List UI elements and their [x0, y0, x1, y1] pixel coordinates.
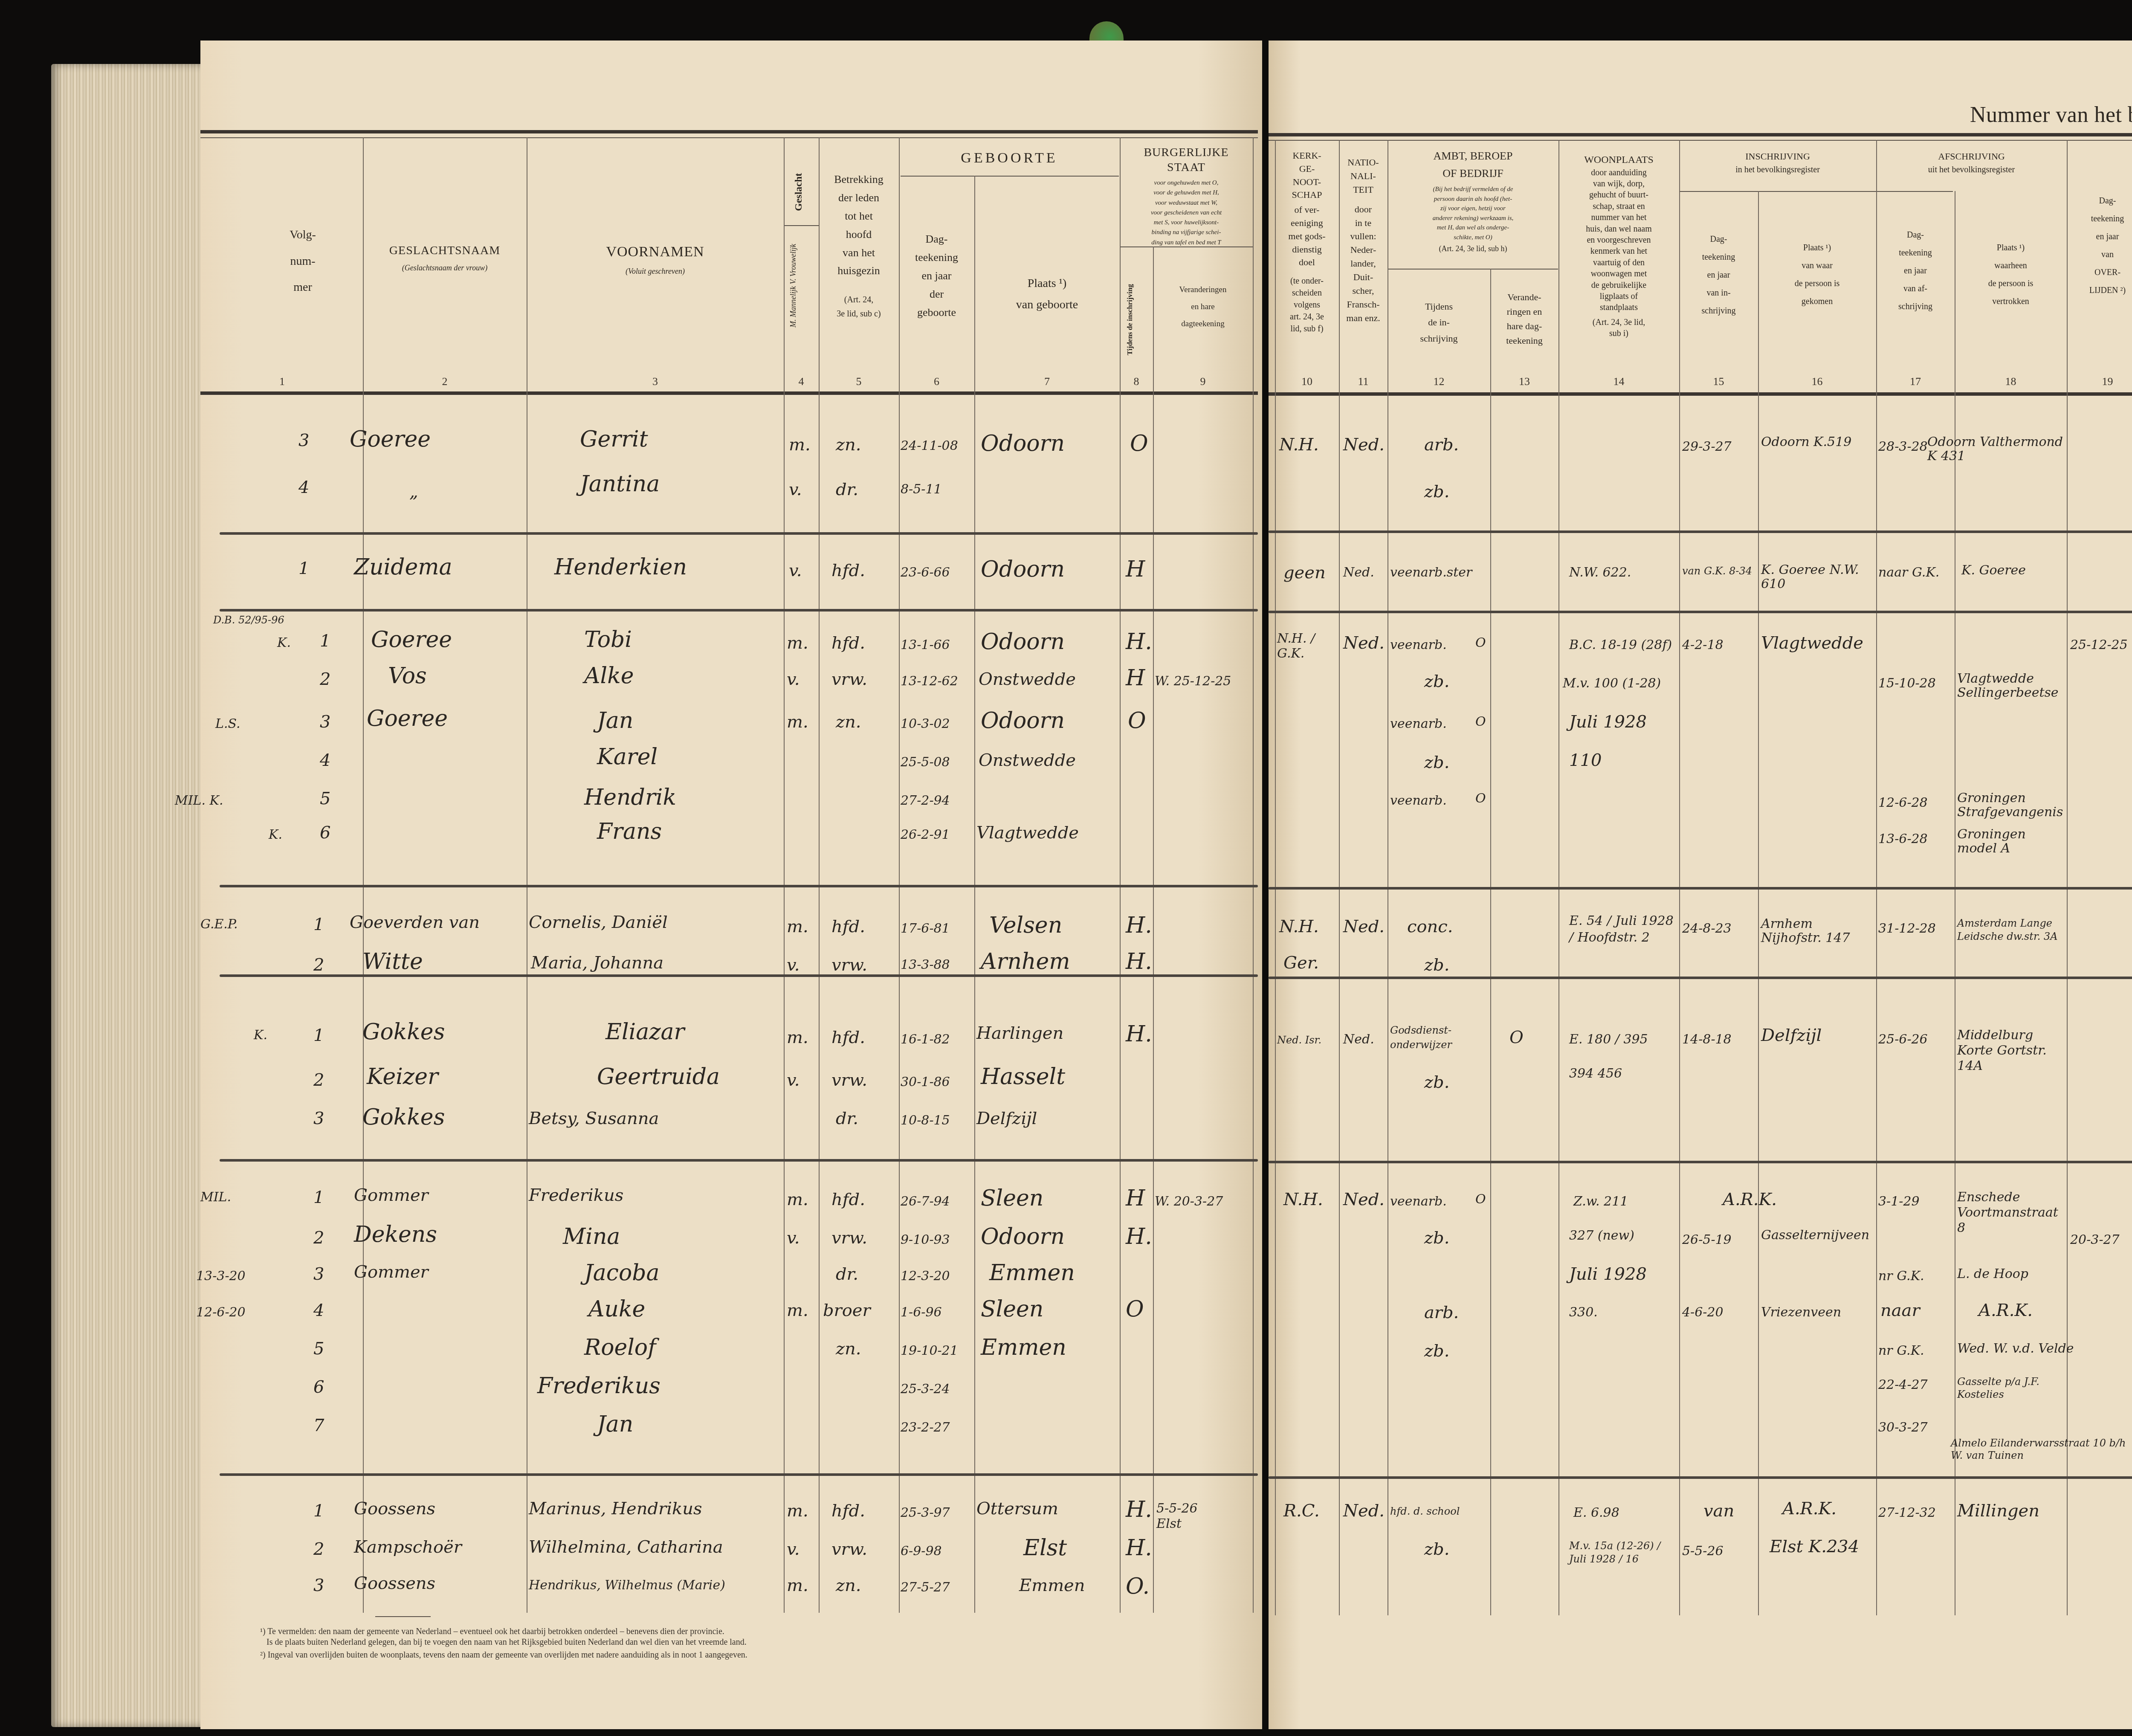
entry-relation: hfd. [831, 1501, 865, 1521]
entry-nr: 2 [313, 955, 324, 975]
geslacht-subrule [784, 225, 819, 226]
colnum-1: 1 [201, 375, 363, 388]
col-divider [1275, 140, 1276, 1615]
entry-in-date: 5-5-26 [1682, 1544, 1724, 1559]
entry-out-date: 12-6-28 [1878, 795, 1928, 810]
col-divider [1120, 137, 1121, 1613]
family-divider [1269, 887, 2132, 890]
entry-nationality: Ned. [1343, 1032, 1374, 1047]
entry-nationality: Ned. [1343, 435, 1385, 455]
entry-residence: 330. [1569, 1305, 1598, 1320]
entry-birth-date: 13-3-88 [901, 957, 950, 972]
entry-occupation-change: O [1475, 635, 1486, 650]
col-divider [1876, 140, 1877, 1615]
entry-relation: vrw. [831, 955, 867, 975]
entry-occupation: zb. [1424, 955, 1449, 975]
entry-surname: Dekens [354, 1222, 437, 1247]
header-bottom-rule-left [200, 391, 1258, 395]
entry-given-name: Geertruida [597, 1064, 720, 1090]
entry-surname: Vos [388, 663, 427, 689]
colnum-15: 15 [1679, 375, 1758, 388]
entry-nationality: Ned. [1343, 565, 1374, 580]
entry-birth-place: Emmen [989, 1260, 1075, 1286]
entry-nr: 6 [313, 1377, 324, 1397]
entry-surname: Goeree [350, 426, 431, 452]
entry-occupation: veenarb.ster [1390, 565, 1472, 580]
entry-nr: 6 [320, 823, 330, 843]
entry-in-place: Arnhem Nijhofstr. 147 [1761, 917, 1876, 945]
entry-civil-status: O [1130, 431, 1148, 456]
entry-given-name: Jacoba [584, 1260, 660, 1286]
colnum-13: 13 [1490, 375, 1558, 388]
entry-in-place: Gasselternijveen [1761, 1228, 1868, 1242]
entry-birth-place: Odoorn [981, 708, 1065, 733]
entry-civil-status: H [1126, 1185, 1145, 1211]
entry-civil-change: W. 20-3-27 [1155, 1194, 1223, 1209]
entry-out-place: Groningen model A [1957, 827, 2068, 855]
colnum-11: 11 [1339, 375, 1388, 388]
family-divider [1269, 611, 2132, 613]
entry-birth-date: 30-1-86 [901, 1075, 950, 1090]
header-col5: Betrekkingder ledentot hethoofdvan hethu… [819, 171, 899, 321]
entry-out-date: naar [1880, 1301, 1920, 1320]
entry-birth-place: Odoorn [981, 629, 1065, 655]
entry-out-place: Odoorn Valthermond K 431 [1927, 435, 2068, 463]
entry-birth-place: Harlingen [976, 1023, 1063, 1043]
col-divider [819, 137, 820, 1613]
header-col4-sub: M. Mannelijk V. Vrouwelijk [789, 239, 798, 333]
entry-out-place: Vlagtwedde Sellingerbeetse [1957, 672, 2068, 700]
family-divider [220, 532, 1258, 535]
colnum-18: 18 [1955, 375, 2067, 388]
header-col4-title: Geslacht [793, 162, 805, 222]
header-top-rule-left [200, 130, 1258, 133]
entry-sex: v. [787, 669, 800, 689]
entry-in-place: K. Goeree N.W. 610 [1761, 563, 1876, 591]
entry-given-name: Betsy, Susanna [529, 1109, 659, 1128]
entry-relation: vrw. [831, 1070, 867, 1090]
entry-relation: hfd. [831, 1028, 865, 1047]
entry-given-name: Jantina [580, 471, 660, 497]
header-col15: Dag-teekeningen jaarvan in-schrijving [1679, 230, 1758, 320]
entry-civil-status: H [1126, 556, 1145, 582]
entry-sex: v. [787, 1070, 800, 1090]
entry-surname: Kampschoër [354, 1537, 462, 1557]
family-divider [220, 609, 1258, 612]
entry-relation: dr. [836, 1109, 858, 1128]
header-col1: Volg-num-mer [260, 222, 345, 301]
entry-birth-place: Onstwedde [979, 669, 1076, 689]
entry-in-place: Vriezenveen [1761, 1305, 1841, 1320]
col-divider [1253, 137, 1254, 1613]
entry-out-date: nr G.K. [1878, 1343, 1924, 1358]
header-col17: Dag-teekeningen jaarvan af-schrijving [1876, 226, 1955, 316]
entry-nr: 5 [313, 1339, 324, 1359]
entry-given-name: Frederikus [529, 1185, 623, 1205]
entry-sex: m. [787, 1028, 808, 1047]
entry-given-name: Hendrikus, Wilhelmus (Marie) [529, 1578, 725, 1593]
entry-church: N.H. / G.K. [1277, 631, 1337, 661]
header-col6: Dag-teekeningen jaardergeboorte [899, 230, 974, 322]
header-col19: Dag-teekeningen jaarvanOVER-LIJDEN ²) [2067, 192, 2132, 299]
entry-surname: Goossens [354, 1574, 435, 1593]
entry-occupation: arb. [1424, 1303, 1459, 1322]
entry-in-date: A.R.K. [1723, 1190, 1777, 1209]
entry-birth-date: 23-6-66 [901, 565, 950, 580]
header-afschrijving: AFSCHRIJVINGuit het bevolkingsregister [1876, 149, 2067, 176]
entry-occupation: Godsdienst-onderwijzer [1390, 1023, 1463, 1052]
entry-surname: „ [409, 482, 418, 501]
entry-nr: 3 [313, 1109, 324, 1128]
entry-relation: broer [823, 1301, 871, 1320]
entry-civil-status: H. [1126, 1535, 1152, 1561]
entry-nr: 5 [320, 789, 330, 809]
entry-out-date: 27-12-32 [1878, 1505, 1936, 1520]
entry-out-date: naar G.K. [1878, 565, 1939, 580]
entry-residence: E. 180 / 395 [1569, 1032, 1648, 1047]
entry-church: R.C. [1283, 1501, 1320, 1521]
header-col8: Tijdens de inschrijving [1126, 277, 1147, 362]
entry-church: N.H. [1283, 1190, 1323, 1209]
entry-relation: hfd. [831, 1190, 865, 1209]
entry-given-name: Hendrik [584, 785, 676, 810]
entry-birth-date: 26-2-91 [901, 827, 950, 842]
entry-birth-date: 23-2-27 [901, 1420, 950, 1435]
header-col10: KERK-GE-NOOT-SCHAP of ver-eenigingmet go… [1275, 149, 1339, 335]
entry-out-place: Millingen [1957, 1501, 2039, 1521]
entry-sex: m. [787, 917, 808, 936]
entry-given-name: Roelof [584, 1335, 656, 1360]
colnum-5: 5 [819, 375, 899, 388]
entry-birth-place: Emmen [981, 1335, 1066, 1360]
entry-given-name: Mina [563, 1224, 620, 1249]
family-divider [220, 1159, 1258, 1162]
col-divider [363, 137, 364, 1613]
entry-birth-place: Onstwedde [979, 751, 1076, 770]
colnum-6: 6 [899, 375, 974, 388]
entry-margin-note: 13-3-20 [196, 1269, 246, 1284]
header-top-thin-left [200, 137, 1258, 138]
entry-sex: m. [787, 712, 808, 732]
entry-occupation: zb. [1424, 672, 1449, 691]
header-col3: VOORNAMEN (Voluit geschreven) [527, 243, 784, 276]
entry-civil-status: H. [1126, 1021, 1152, 1047]
header-ambt: AMBT, BEROEP OF BEDRIJF (Bij het bedrijf… [1388, 149, 1558, 254]
entry-given-name: Wilhelmina, Catharina [529, 1537, 723, 1557]
entry-occupation-change: O [1475, 714, 1486, 729]
entry-occupation: arb. [1424, 435, 1459, 455]
entry-occupation-change: O [1509, 1028, 1524, 1047]
header-top-rule-right [1269, 133, 2132, 136]
entry-sex: m. [789, 435, 811, 455]
entry-nr: 1 [298, 559, 309, 578]
family-divider [220, 974, 1258, 977]
entry-margin-note: D.B. 52/95-96 [213, 614, 284, 626]
entry-residence: E. 6.98 [1573, 1505, 1619, 1520]
entry-relation: hfd. [831, 633, 865, 653]
entry-relation: hfd. [831, 561, 865, 580]
entry-residence: B.C. 18-19 (28f) [1569, 638, 1672, 652]
entry-in-place: Elst K.234 [1770, 1537, 1872, 1556]
entry-civil-status: H. [1126, 949, 1152, 974]
entry-in-date: 14-8-18 [1682, 1032, 1732, 1047]
col-divider [784, 137, 785, 1613]
header-burgerlijke-staat: BURGERLIJKE STAAT voor ongehuwden met O,… [1120, 145, 1253, 248]
family-divider [1269, 530, 2132, 533]
entry-surname: Gokkes [362, 1104, 445, 1130]
entry-birth-place: Sleen [981, 1185, 1043, 1211]
entry-out-date: 13-6-28 [1878, 832, 1928, 846]
entry-out-place: A.R.K. [1978, 1301, 2033, 1320]
entry-given-name: Karel [597, 744, 658, 770]
colnum-7: 7 [974, 375, 1120, 388]
family-divider [1269, 1476, 2132, 1479]
footnote-1-cont: Is de plaats buiten Nederland gelegen, d… [266, 1637, 747, 1647]
entry-sex: m. [787, 1501, 808, 1521]
col-divider [1679, 140, 1680, 1615]
entry-civil-status: H. [1126, 1224, 1152, 1249]
entry-church: geen [1283, 563, 1326, 583]
entry-surname: Goossens [354, 1499, 435, 1519]
entry-birth-date: 1-6-96 [901, 1305, 942, 1320]
entry-given-name: Eliazar [605, 1019, 684, 1045]
col-divider [1558, 140, 1559, 1615]
entry-birth-place: Ottersum [976, 1499, 1058, 1519]
entry-surname: Keizer [367, 1064, 438, 1090]
entry-out-place: Enschede Voortmanstraat 8 [1885, 1190, 2068, 1236]
colnum-9: 9 [1153, 375, 1253, 388]
entry-civil-status: O [1128, 708, 1146, 733]
entry-birth-date: 13-12-62 [901, 674, 958, 689]
entry-sex: v. [787, 1539, 800, 1559]
entry-surname: Goeree [367, 706, 448, 731]
entry-birth-date: 16-1-82 [901, 1032, 950, 1047]
entry-margin-note: L.S. [215, 716, 240, 731]
entry-birth-date: 24-11-08 [901, 438, 958, 453]
entry-birth-place: Hasselt [981, 1064, 1065, 1090]
entry-out-date: 30-3-27 [1878, 1420, 1928, 1435]
header-col14: WOONPLAATS door aanduidingvan wijk, dorp… [1558, 154, 1679, 339]
entry-in-date: 29-3-27 [1682, 439, 1732, 454]
entry-relation: zn. [836, 1339, 861, 1359]
entry-out-place: Middelburg Korte Gortstr. 14A [1885, 1028, 2072, 1074]
entry-civil-status: H. [1126, 629, 1152, 655]
colnum-8: 8 [1120, 375, 1153, 388]
entry-nr: 1 [313, 1501, 324, 1521]
family-divider [1269, 1161, 2132, 1163]
entry-occupation: veenarb. [1390, 1194, 1447, 1209]
entry-given-name: Auke [588, 1296, 645, 1322]
entry-sex: m. [787, 1190, 808, 1209]
insch-afsch-subrule [1680, 191, 1953, 192]
entry-death-date: 20-3-27 [2070, 1232, 2120, 1247]
entry-birth-place: Elst [1023, 1535, 1067, 1561]
colnum-14: 14 [1558, 375, 1679, 388]
entry-nr: 2 [313, 1070, 324, 1090]
entry-sex: v. [789, 480, 802, 499]
header-bottom-rule-right [1269, 392, 2132, 396]
entry-nr: 1 [313, 1026, 324, 1045]
entry-occupation: zb. [1424, 1341, 1449, 1361]
entry-residence: Juli 1928 [1569, 1264, 1647, 1284]
entry-sex: v. [789, 561, 802, 580]
entry-sex: m. [787, 633, 808, 653]
entry-margin-note: K. [254, 1028, 267, 1043]
col-divider [1490, 269, 1491, 1615]
entry-given-name: Gerrit [580, 426, 648, 452]
entry-in-date: 24-8-23 [1682, 921, 1732, 936]
col-divider [1955, 191, 1955, 1615]
entry-surname: Goeverden van [350, 913, 480, 932]
entry-nr: 2 [320, 669, 330, 689]
book-page-edges [51, 64, 205, 1727]
entry-civil-status: O [1126, 1296, 1144, 1322]
entry-nr: 3 [320, 712, 330, 732]
entry-in-date: 4-6-20 [1682, 1305, 1724, 1320]
entry-sex: m. [787, 1301, 808, 1320]
entry-out-date: 15-10-28 [1878, 676, 1936, 691]
header-col18: Plaats ¹)waarheende persoon isvertrokken [1955, 239, 2067, 310]
entry-margin-note: G.E.P. [200, 917, 238, 932]
entry-margin-note: K. [269, 827, 282, 842]
entry-occupation: veenarb. [1390, 716, 1447, 731]
entry-residence: 394 456 [1569, 1066, 1622, 1081]
entry-out-place: L. de Hoop [1957, 1266, 2028, 1281]
colnum-10: 10 [1275, 375, 1339, 388]
entry-nr: 3 [313, 1264, 324, 1284]
entry-given-name: Frans [597, 819, 662, 844]
entry-birth-place: Velsen [989, 913, 1062, 938]
bottom-short-rule [375, 1616, 431, 1617]
entry-relation: zn. [836, 712, 861, 732]
entry-birth-date: 26-7-94 [901, 1194, 950, 1209]
entry-occupation: veenarb. [1390, 793, 1447, 808]
entry-margin-note: K. [277, 635, 291, 650]
entry-church: N.H. [1279, 435, 1319, 455]
entry-residence: 327 (new) [1569, 1228, 1634, 1243]
col-divider [974, 176, 975, 1613]
entry-birth-date: 8-5-11 [901, 482, 942, 497]
entry-nationality: Ned. [1343, 917, 1385, 936]
entry-nr: 4 [298, 478, 309, 497]
header-col11: NATIO-NALI-TEIT doorin tevullen:Neder-la… [1339, 156, 1388, 325]
col-divider [1388, 140, 1388, 1615]
entry-relation: hfd. [831, 917, 865, 936]
entry-birth-date: 17-6-81 [901, 921, 950, 936]
entry-in-date: 26-5-19 [1682, 1232, 1732, 1247]
entry-nr: 2 [313, 1539, 324, 1559]
entry-birth-date: 19-10-21 [901, 1343, 958, 1358]
entry-birth-place: Odoorn [981, 431, 1065, 456]
entry-nr: 4 [313, 1301, 324, 1320]
entry-birth-date: 9-10-93 [901, 1232, 950, 1247]
entry-out-date: nr G.K. [1878, 1269, 1924, 1284]
entry-nr: 4 [320, 751, 330, 770]
entry-nr: 3 [298, 431, 309, 450]
colnum-16: 16 [1758, 375, 1876, 388]
entry-surname: Goeree [371, 627, 452, 652]
entry-birth-place: Vlagtwedde [976, 823, 1079, 843]
entry-sex: m. [787, 1576, 808, 1595]
entry-birth-date: 12-3-20 [901, 1269, 950, 1284]
entry-birth-date: 10-8-15 [901, 1113, 950, 1128]
entry-margin-note: MIL. K. [175, 793, 223, 808]
entry-civil-status: O. [1126, 1574, 1150, 1599]
entry-nr: 1 [313, 915, 324, 934]
entry-given-name: Frederikus [537, 1373, 660, 1399]
entry-margin-note: 12-6-20 [196, 1305, 246, 1320]
entry-relation: dr. [836, 480, 858, 499]
entry-residence: Z.w. 211 [1573, 1194, 1628, 1209]
entry-residence: Juli 1928 [1569, 712, 1647, 732]
entry-civil-change: 5-5-26 Elst [1156, 1501, 1220, 1532]
entry-nr: 1 [320, 631, 330, 651]
header-col16: Plaats ¹)van waarde persoon isgekomen [1758, 239, 1876, 310]
colnum-2: 2 [363, 375, 527, 388]
entry-birth-place: Emmen [1019, 1576, 1085, 1595]
entry-occupation: zb. [1424, 1072, 1449, 1092]
entry-residence: 110 [1569, 751, 1602, 770]
entry-nationality: Ned. [1343, 1190, 1385, 1209]
entry-in-place: Vlagtwedde [1761, 633, 1863, 653]
entry-occupation: zb. [1424, 1539, 1449, 1559]
entry-birth-date: 27-2-94 [901, 793, 950, 808]
entry-relation: vrw. [831, 1228, 867, 1248]
entry-nr: 3 [313, 1576, 324, 1595]
entry-church: Ger. [1283, 953, 1319, 973]
entry-birth-date: 10-3-02 [901, 716, 950, 731]
entry-birth-place: Arnhem [981, 949, 1070, 974]
entry-out-place: K. Goeree [1961, 563, 2026, 578]
geboorte-subrule [901, 176, 1119, 177]
entry-surname: Gommer [354, 1185, 429, 1205]
entry-surname: Zuidema [354, 554, 452, 580]
header-col9: Veranderingenen haredagteekening [1153, 281, 1253, 333]
footnote-1: ¹) Te vermelden: den naam der gemeente v… [260, 1627, 724, 1637]
entry-occupation-change: O [1475, 791, 1486, 806]
entry-civil-status: H [1126, 665, 1145, 691]
col-divider [1758, 191, 1759, 1615]
entry-out-place: Groningen Strafgevangenis [1957, 791, 2068, 819]
entry-residence: M.v. 100 (1-28) [1563, 676, 1661, 691]
entry-birth-place: Sleen [981, 1296, 1043, 1322]
sheet-number-label: Nummer van het blad [1970, 102, 2132, 128]
entry-occupation: veenarb. [1390, 638, 1447, 652]
entry-birth-date: 25-3-97 [901, 1505, 950, 1520]
colnum-17: 17 [1876, 375, 1955, 388]
entry-out-place: Almelo Eilanderwarsstraat 10 b/h W. van … [1878, 1437, 2132, 1462]
entry-in-date: 4-2-18 [1682, 638, 1724, 652]
entry-church: Ned. Isr. [1277, 1034, 1321, 1046]
header-top-thin-right [1269, 140, 2132, 141]
entry-relation: dr. [836, 1264, 858, 1284]
entry-occupation: zb. [1424, 1228, 1449, 1248]
header-geboorte: GEBOORTE [899, 149, 1120, 168]
colnum-12: 12 [1388, 375, 1490, 388]
entry-residence: M.v. 15a (12-26) / Juli 1928 / 16 [1569, 1539, 1676, 1566]
entry-surname: Gokkes [362, 1019, 445, 1045]
entry-nationality: Ned. [1343, 633, 1385, 653]
entry-given-name: Maria, Johanna [531, 953, 663, 973]
header-col7: Plaats ¹)van geboorte [974, 273, 1120, 316]
family-divider [220, 885, 1258, 887]
entry-relation: zn. [836, 1576, 861, 1595]
entry-in-place: A.R.K. [1782, 1499, 1837, 1519]
entry-occupation: hfd. d. school [1390, 1505, 1460, 1517]
family-divider [1269, 977, 2132, 979]
entry-given-name: Jan [597, 708, 633, 733]
entry-birth-place: Odoorn [981, 556, 1065, 582]
